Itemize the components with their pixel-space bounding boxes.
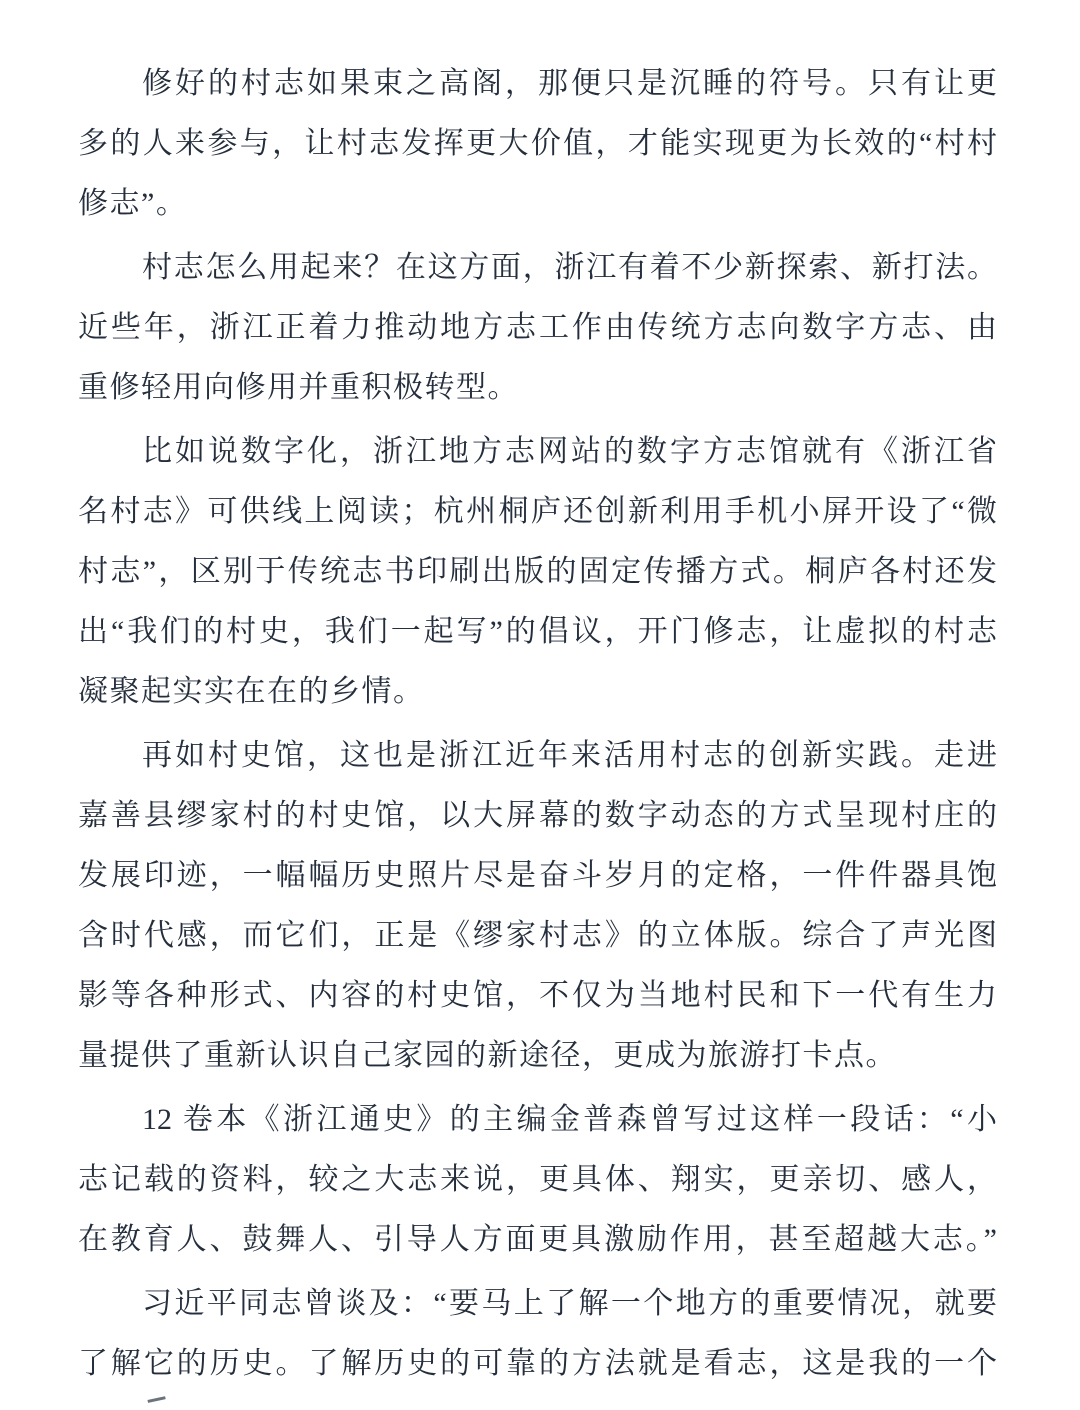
text-line: 再如村史馆，这也是浙江近年来活用村志的创新实践。走进 <box>78 726 997 786</box>
text-line: 村志”，区别于传统志书印刷出版的固定传播方式。桐庐各村还发 <box>78 542 997 602</box>
paragraph: 习近平同志曾谈及：“要马上了解一个地方的重要情况，就要 了解它的历史。了解历史的… <box>78 1274 997 1394</box>
paragraph: 再如村史馆，这也是浙江近年来活用村志的创新实践。走进 嘉善县缪家村的村史馆，以大… <box>78 726 997 1086</box>
text-line: 比如说数字化，浙江地方志网站的数字方志馆就有《浙江省 <box>78 422 997 482</box>
text-line: 12 卷本《浙江通史》的主编金普森曾写过这样一段话：“小 <box>78 1090 997 1150</box>
text-line: 多的人来参与，让村志发挥更大价值，才能实现更为长效的“村村 <box>78 114 997 174</box>
text-line: 在教育人、鼓舞人、引导人方面更具激励作用，甚至超越大志。” <box>78 1210 997 1270</box>
text-line: 发展印迹，一幅幅历史照片尽是奋斗岁月的定格，一件件器具饱 <box>78 846 997 906</box>
text-line: 量提供了重新认识自己家园的新途径，更成为旅游打卡点。 <box>78 1026 997 1086</box>
cutoff-character-fragment <box>147 1396 166 1407</box>
text-line: 名村志》可供线上阅读；杭州桐庐还创新利用手机小屏开设了“微 <box>78 482 997 542</box>
paragraph: 村志怎么用起来？在这方面，浙江有着不少新探索、新打法。 近些年，浙江正着力推动地… <box>78 238 997 418</box>
body-text: 修好的村志如果束之高阁，那便只是沉睡的符号。只有让更 多的人来参与，让村志发挥更… <box>78 54 997 1394</box>
text-line: 含时代感，而它们，正是《缪家村志》的立体版。综合了声光图 <box>78 906 997 966</box>
text-line: 修志”。 <box>78 174 997 234</box>
text-line: 修好的村志如果束之高阁，那便只是沉睡的符号。只有让更 <box>78 54 997 114</box>
paragraph: 比如说数字化，浙江地方志网站的数字方志馆就有《浙江省 名村志》可供线上阅读；杭州… <box>78 422 997 722</box>
text-line: 近些年，浙江正着力推动地方志工作由传统方志向数字方志、由 <box>78 298 997 358</box>
text-line: 了解它的历史。了解历史的可靠的方法就是看志，这是我的一个 <box>78 1334 997 1394</box>
text-line: 出“我们的村史，我们一起写”的倡议，开门修志，让虚拟的村志 <box>78 602 997 662</box>
text-line: 村志怎么用起来？在这方面，浙江有着不少新探索、新打法。 <box>78 238 997 298</box>
document-page: 修好的村志如果束之高阁，那便只是沉睡的符号。只有让更 多的人来参与，让村志发挥更… <box>0 0 1080 1410</box>
paragraph: 修好的村志如果束之高阁，那便只是沉睡的符号。只有让更 多的人来参与，让村志发挥更… <box>78 54 997 234</box>
text-line: 影等各种形式、内容的村史馆，不仅为当地村民和下一代有生力 <box>78 966 997 1026</box>
text-line: 重修轻用向修用并重积极转型。 <box>78 358 997 418</box>
paragraph: 12 卷本《浙江通史》的主编金普森曾写过这样一段话：“小 志记载的资料，较之大志… <box>78 1090 997 1270</box>
text-line: 志记载的资料，较之大志来说，更具体、翔实，更亲切、感人， <box>78 1150 997 1210</box>
text-line: 习近平同志曾谈及：“要马上了解一个地方的重要情况，就要 <box>78 1274 997 1334</box>
text-line: 凝聚起实实在在的乡情。 <box>78 662 997 722</box>
text-line: 嘉善县缪家村的村史馆，以大屏幕的数字动态的方式呈现村庄的 <box>78 786 997 846</box>
